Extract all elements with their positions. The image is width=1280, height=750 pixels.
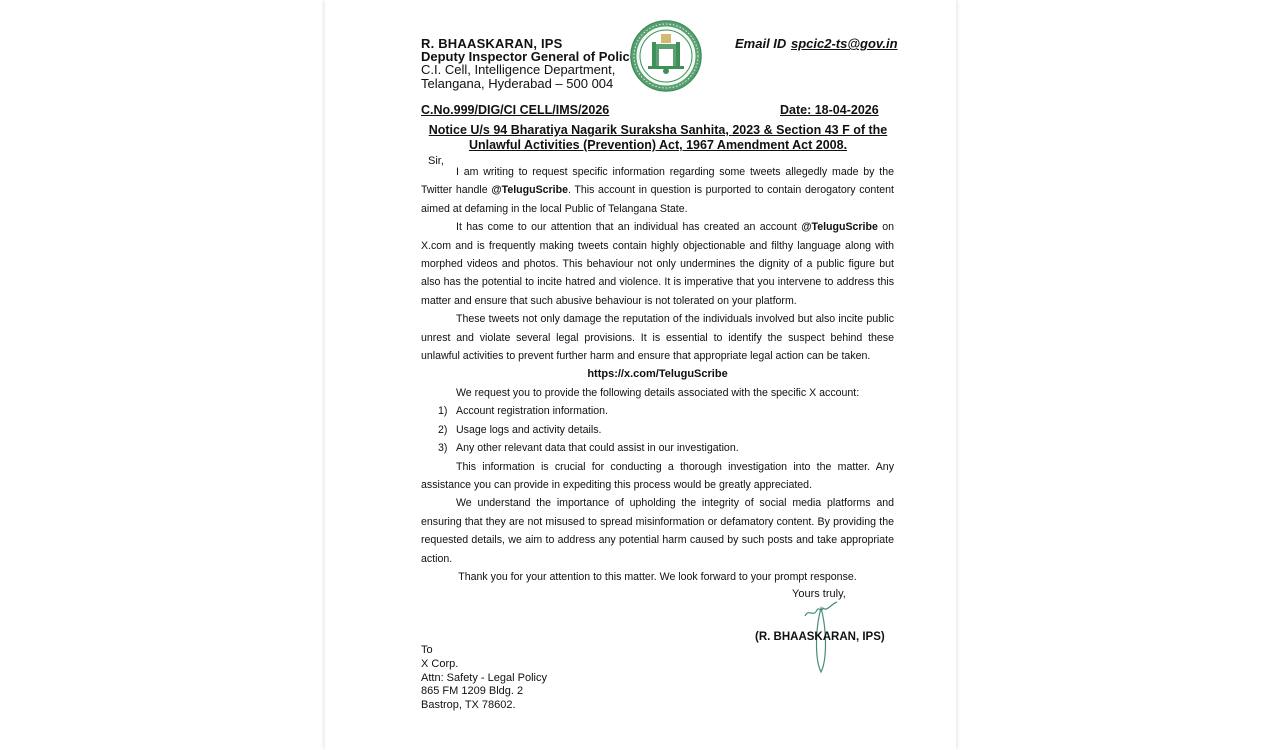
list-number: 3) <box>438 439 447 457</box>
paragraph-6: We understand the importance of upholdin… <box>421 494 894 568</box>
letter-date: Date: 18-04-2026 <box>780 103 879 117</box>
recipient-address: To X Corp. Attn: Safety - Legal Policy 8… <box>421 644 547 713</box>
letter-page: R. BHAASKARAN, IPS Deputy Inspector Gene… <box>325 0 956 750</box>
requested-items-list: 1)Account registration information. 2)Us… <box>421 402 894 457</box>
recipient-line: Attn: Safety - Legal Policy <box>421 672 547 686</box>
paragraph-2-text-end: on X.com and is frequently making tweets… <box>421 221 894 307</box>
telangana-emblem-icon <box>630 20 702 92</box>
paragraph-4: We request you to provide the following … <box>421 384 894 402</box>
paragraph-2: It has come to our attention that an ind… <box>421 218 894 310</box>
email-label: Email ID <box>735 36 786 51</box>
list-item: 1)Account registration information. <box>421 402 894 420</box>
account-url-link[interactable]: https://x.com/TeluguScribe <box>421 365 894 383</box>
list-number: 1) <box>438 402 447 420</box>
recipient-line: To <box>421 644 547 658</box>
email-link[interactable]: spcic2-ts@gov.in <box>791 36 898 51</box>
list-text: Usage logs and activity details. <box>456 424 601 436</box>
list-item: 2)Usage logs and activity details. <box>421 421 894 439</box>
paragraph-5: This information is crucial for conducti… <box>421 458 894 495</box>
recipient-line: Bastrop, TX 78602. <box>421 699 547 713</box>
department-line: C.I. Cell, Intelligence Department, <box>421 62 615 77</box>
twitter-handle: @TeluguScribe <box>801 221 878 233</box>
address-line: Telangana, Hyderabad – 500 004 <box>421 76 613 91</box>
subject-line: Notice U/s 94 Bharatiya Nagarik Suraksha… <box>421 123 895 153</box>
recipient-line: X Corp. <box>421 658 547 672</box>
recipient-line: 865 FM 1209 Bldg. 2 <box>421 685 547 699</box>
paragraph-1: I am writing to request specific informa… <box>421 163 894 218</box>
list-text: Any other relevant data that could assis… <box>456 442 739 454</box>
paragraph-7: Thank you for your attention to this mat… <box>421 568 894 586</box>
paragraph-3: These tweets not only damage the reputat… <box>421 310 894 365</box>
list-text: Account registration information. <box>456 405 608 417</box>
paragraph-2-text: It has come to our attention that an ind… <box>456 221 801 233</box>
list-number: 2) <box>438 421 447 439</box>
twitter-handle: @TeluguScribe <box>491 184 568 196</box>
valediction: Yours truly, <box>792 588 846 600</box>
signatory-name: (R. BHAASKARAN, IPS) <box>755 631 885 643</box>
letter-body: I am writing to request specific informa… <box>421 163 894 586</box>
list-item: 3)Any other relevant data that could ass… <box>421 439 894 457</box>
reference-number: C.No.999/DIG/CI CELL/IMS/2026 <box>421 103 609 117</box>
